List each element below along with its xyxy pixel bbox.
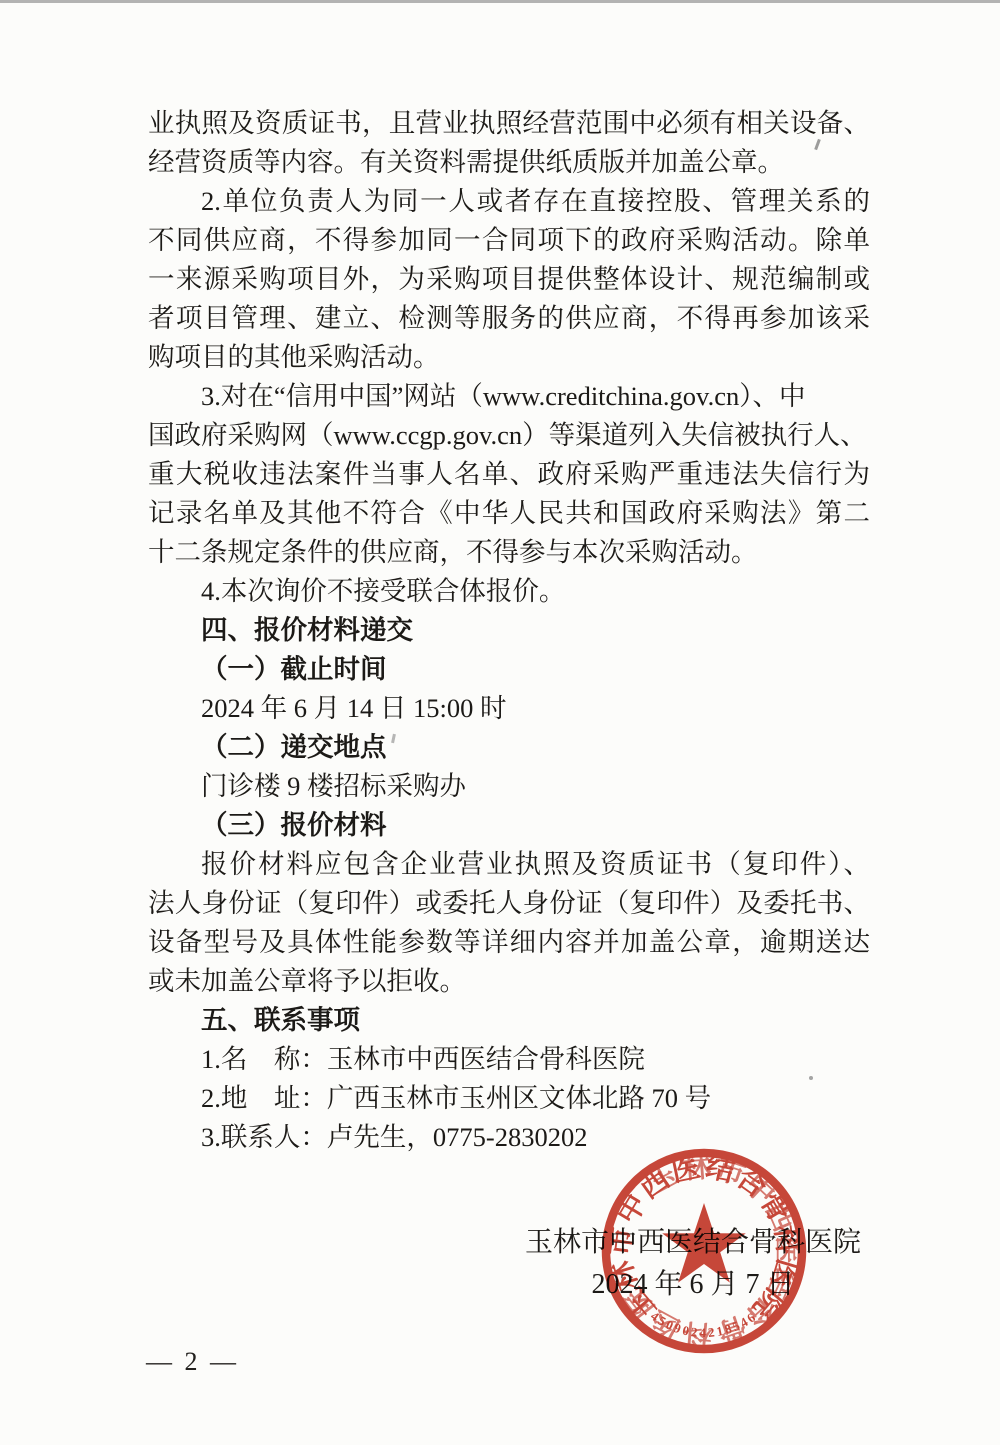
seal-star xyxy=(662,1203,746,1283)
document-line: （三）报价材料 xyxy=(148,806,870,845)
document-line: 3.对在“信用中国”网站（www.creditchina.gov.cn）、中 xyxy=(148,377,870,416)
document-line: 业执照及资质证书，且营业执照经营范围中必须有相关设备、 xyxy=(148,104,870,143)
document-line: 者项目管理、建立、检测等服务的供应商，不得再参加该采 xyxy=(148,299,870,338)
document-line: 2.单位负责人为同一人或者存在直接控股、管理关系的 xyxy=(148,182,870,221)
document-line: 报价材料应包含企业营业执照及资质证书（复印件）、 xyxy=(148,845,870,884)
document-line: 重大税收违法案件当事人名单、政府采购严重违法失信行为 xyxy=(148,455,870,494)
scan-artifact xyxy=(809,1076,813,1080)
document-line: 设备型号及具体性能参数等详细内容并加盖公章，逾期送达 xyxy=(148,923,870,962)
document-line: （二）递交地点 xyxy=(148,728,870,767)
document-line: （一）截止时间 xyxy=(148,650,870,689)
document-line: 2024 年 6 月 14 日 15:00 时 xyxy=(148,689,870,728)
scan-artifact-top-edge xyxy=(0,0,1000,3)
document-line: 五、联系事项 xyxy=(148,1001,870,1040)
document-body: 业执照及资质证书，且营业执照经营范围中必须有相关设备、经营资质等内容。有关资料需… xyxy=(148,104,870,1157)
document-line: 四、报价材料递交 xyxy=(148,611,870,650)
official-round-seal: 玉林市中西医结合骨科医院 4509024218546 玉林市中西医结合骨科医院 xyxy=(592,1139,816,1363)
document-line: 2.地 址：广西玉林市玉州区文体北路 70 号 xyxy=(148,1079,870,1118)
document-line: 门诊楼 9 楼招标采购办 xyxy=(148,767,870,806)
document-line: 法人身份证（复印件）或委托人身份证（复印件）及委托书、 xyxy=(148,884,870,923)
document-line: 1.名 称：玉林市中西医结合骨科医院 xyxy=(148,1040,870,1079)
document-line: 4.本次询价不接受联合体报价。 xyxy=(148,572,870,611)
document-line: 不同供应商，不得参加同一合同项下的政府采购活动。除单 xyxy=(148,221,870,260)
document-line: 一来源采购项目外，为采购项目提供整体设计、规范编制或 xyxy=(148,260,870,299)
document-line: 记录名单及其他不符合《中华人民共和国政府采购法》第二 xyxy=(148,494,870,533)
document-line: 购项目的其他采购活动。 xyxy=(148,338,870,377)
document-line: 国政府采购网（www.ccgp.gov.cn）等渠道列入失信被执行人、 xyxy=(148,416,870,455)
document-line: 经营资质等内容。有关资料需提供纸质版并加盖公章。 xyxy=(148,143,870,182)
document-line: 十二条规定条件的供应商，不得参与本次采购活动。 xyxy=(148,533,870,572)
document-line: 或未加盖公章将予以拒收。 xyxy=(148,962,870,1001)
page-number: — 2 — xyxy=(146,1347,239,1377)
